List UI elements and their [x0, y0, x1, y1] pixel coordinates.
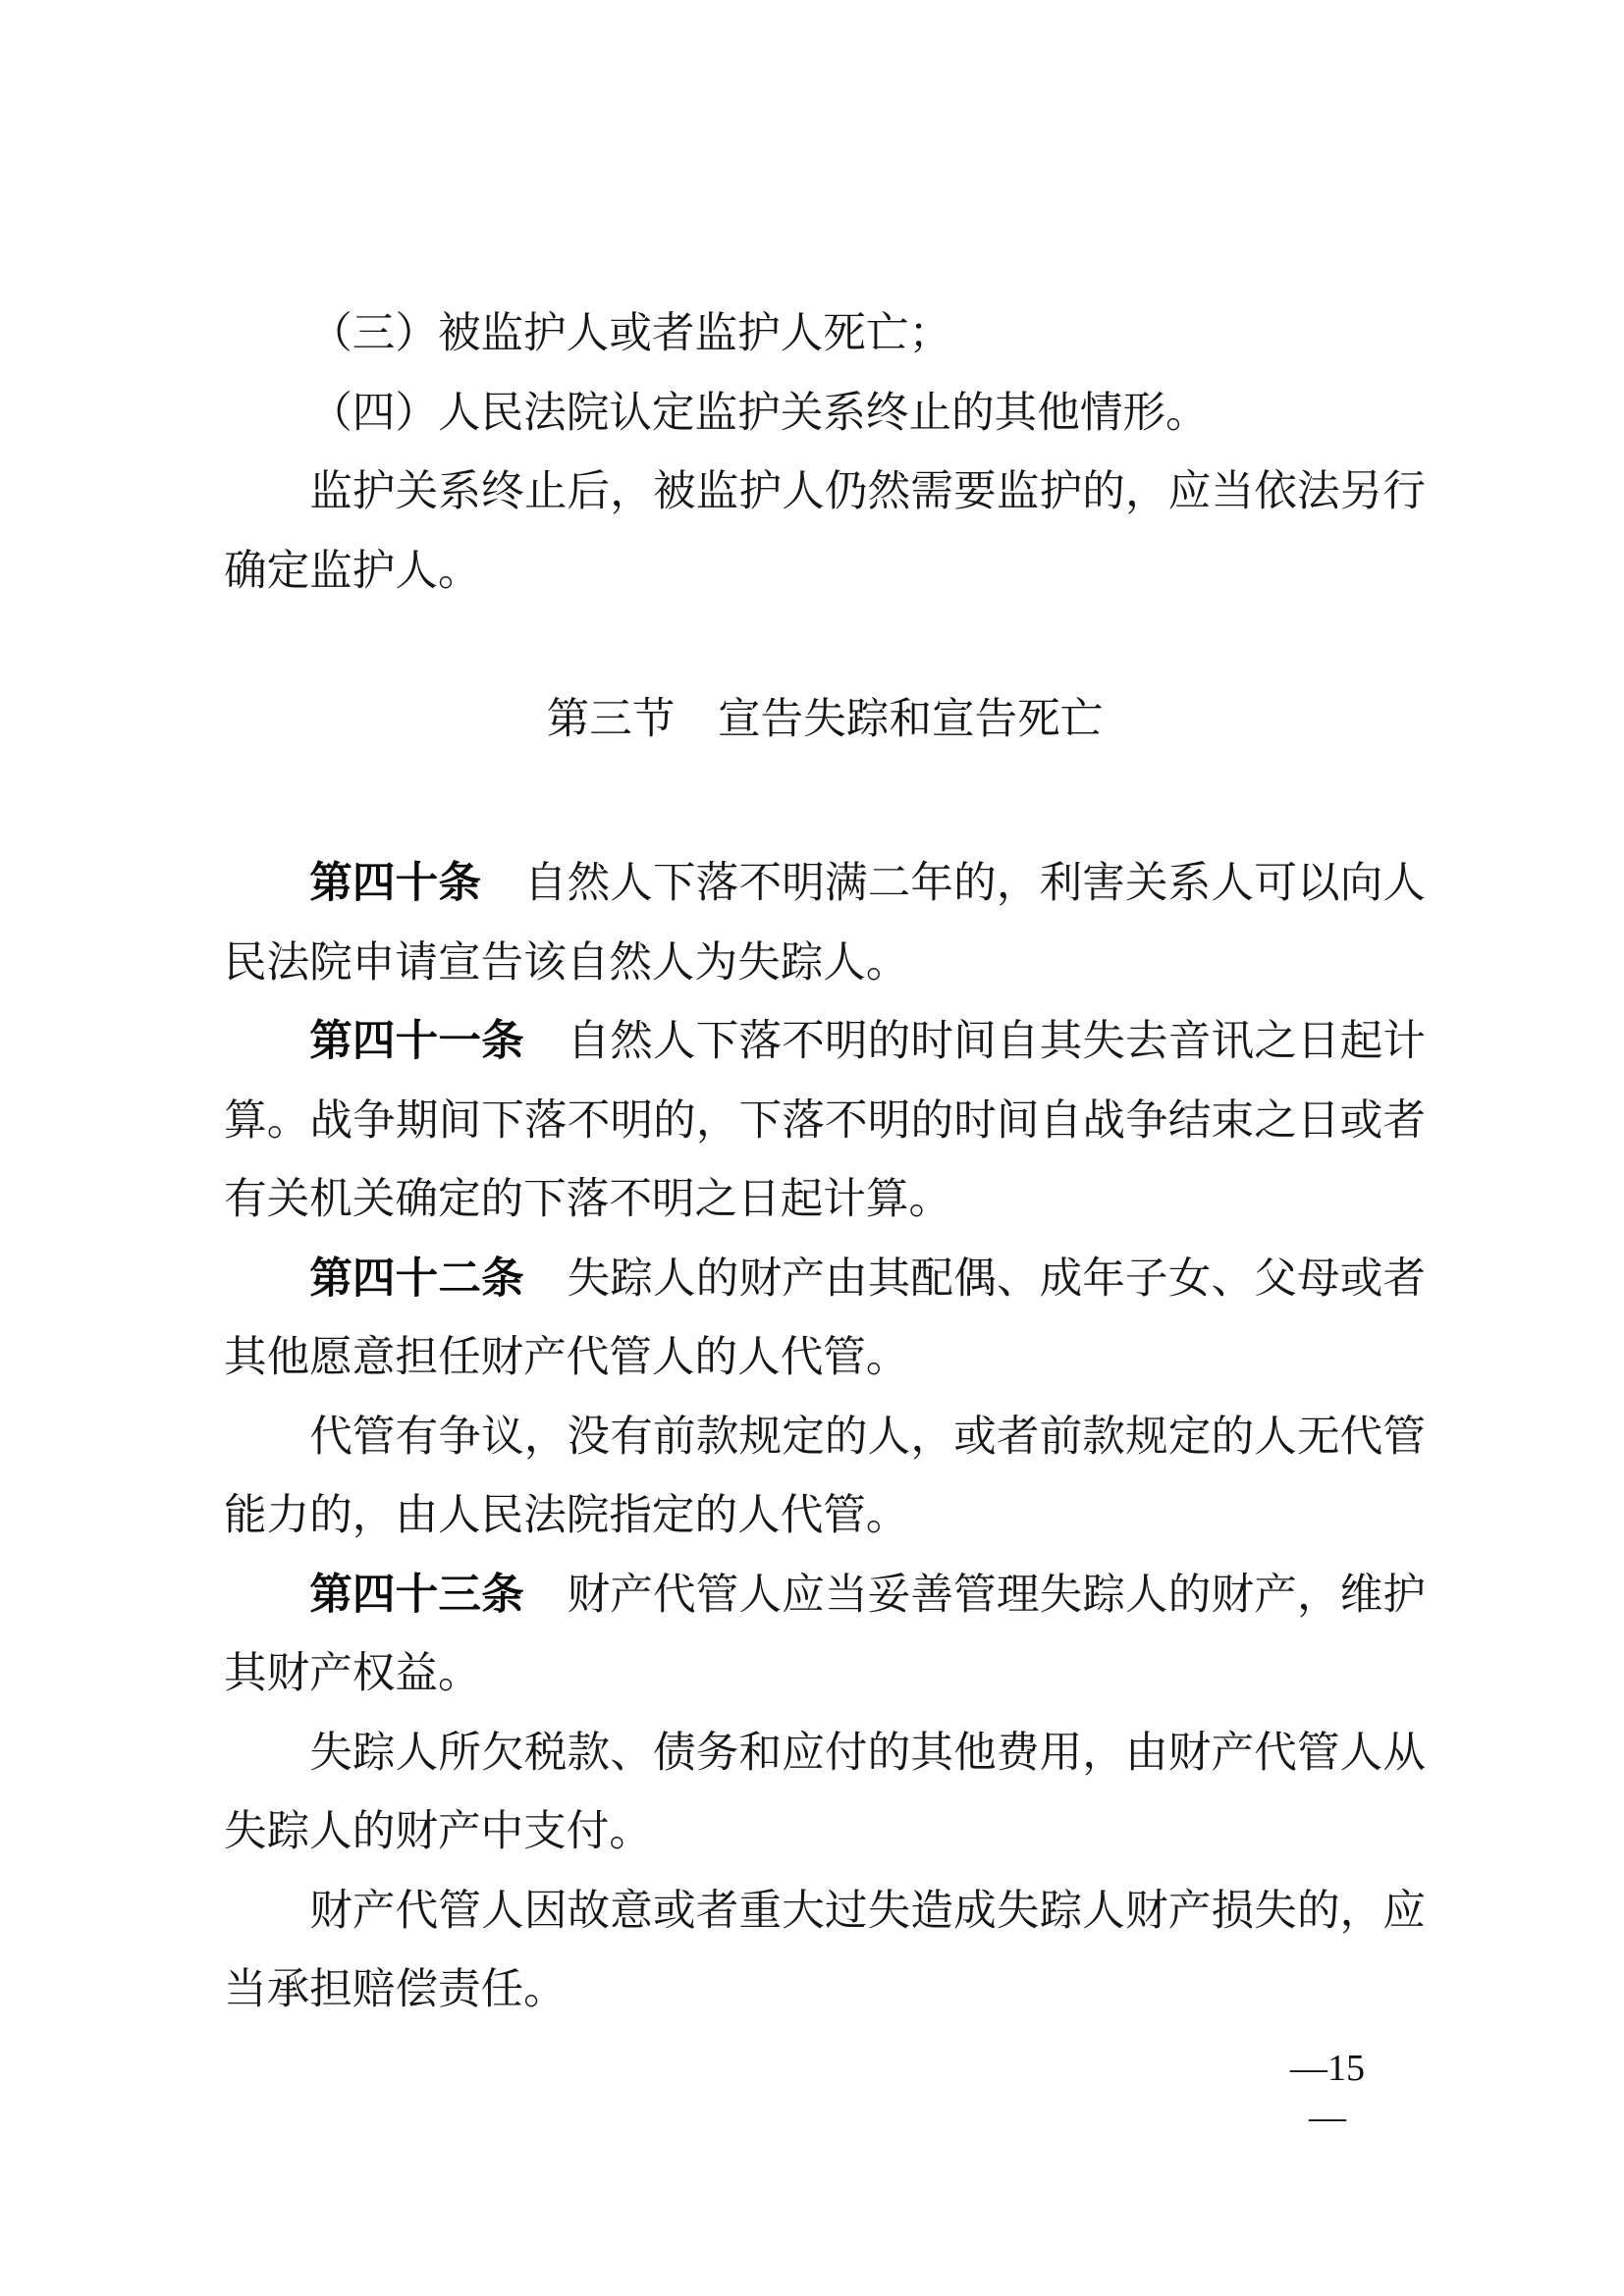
article-number: 第四十一条 [309, 1017, 524, 1066]
article-41: 第四十一条自然人下落不明的时间自其失去音讯之日起计算。战争期间下落不明的，下落不… [224, 1002, 1426, 1240]
section-heading: 第三节宣告失踪和宣告死亡 [224, 684, 1426, 755]
page-number: —15— [1272, 2044, 1382, 2142]
article-42-paragraph-2: 代管有争议，没有前款规定的人，或者前款规定的人无代管能力的，由人民法院指定的人代… [224, 1398, 1426, 1556]
article-number: 第四十二条 [309, 1255, 524, 1304]
section-number: 第三节 [547, 695, 676, 744]
article-number: 第四十三条 [309, 1571, 524, 1620]
article-43-paragraph-3: 财产代管人因故意或者重大过失造成失踪人财产损失的，应当承担赔偿责任。 [224, 1872, 1426, 2030]
articles-block: 第四十条自然人下落不明满二年的，利害关系人可以向人民法院申请宣告该自然人为失踪人… [224, 844, 1426, 2030]
article-40: 第四十条自然人下落不明满二年的，利害关系人可以向人民法院申请宣告该自然人为失踪人… [224, 844, 1426, 1002]
document-page: （三）被监护人或者监护人死亡； （四）人民法院认定监护关系终止的其他情形。 监护… [0, 0, 1624, 2296]
list-item-four: （四）人民法院认定监护关系终止的其他情形。 [224, 374, 1426, 454]
list-item-three: （三）被监护人或者监护人死亡； [224, 294, 1426, 374]
article-43-paragraph-2: 失踪人所欠税款、债务和应付的其他费用，由财产代管人从失踪人的财产中支付。 [224, 1714, 1426, 1872]
article-number: 第四十条 [309, 859, 481, 908]
article-43: 第四十三条财产代管人应当妥善管理失踪人的财产，维护其财产权益。 [224, 1556, 1426, 1714]
article-42: 第四十二条失踪人的财产由其配偶、成年子女、父母或者其他愿意担任财产代管人的人代管… [224, 1240, 1426, 1398]
section-title: 宣告失踪和宣告死亡 [718, 695, 1103, 744]
continued-text-block: （三）被监护人或者监护人死亡； （四）人民法院认定监护关系终止的其他情形。 监护… [224, 294, 1426, 611]
paragraph-guardianship-after-termination: 监护关系终止后，被监护人仍然需要监护的，应当依法另行确定监护人。 [224, 453, 1426, 611]
